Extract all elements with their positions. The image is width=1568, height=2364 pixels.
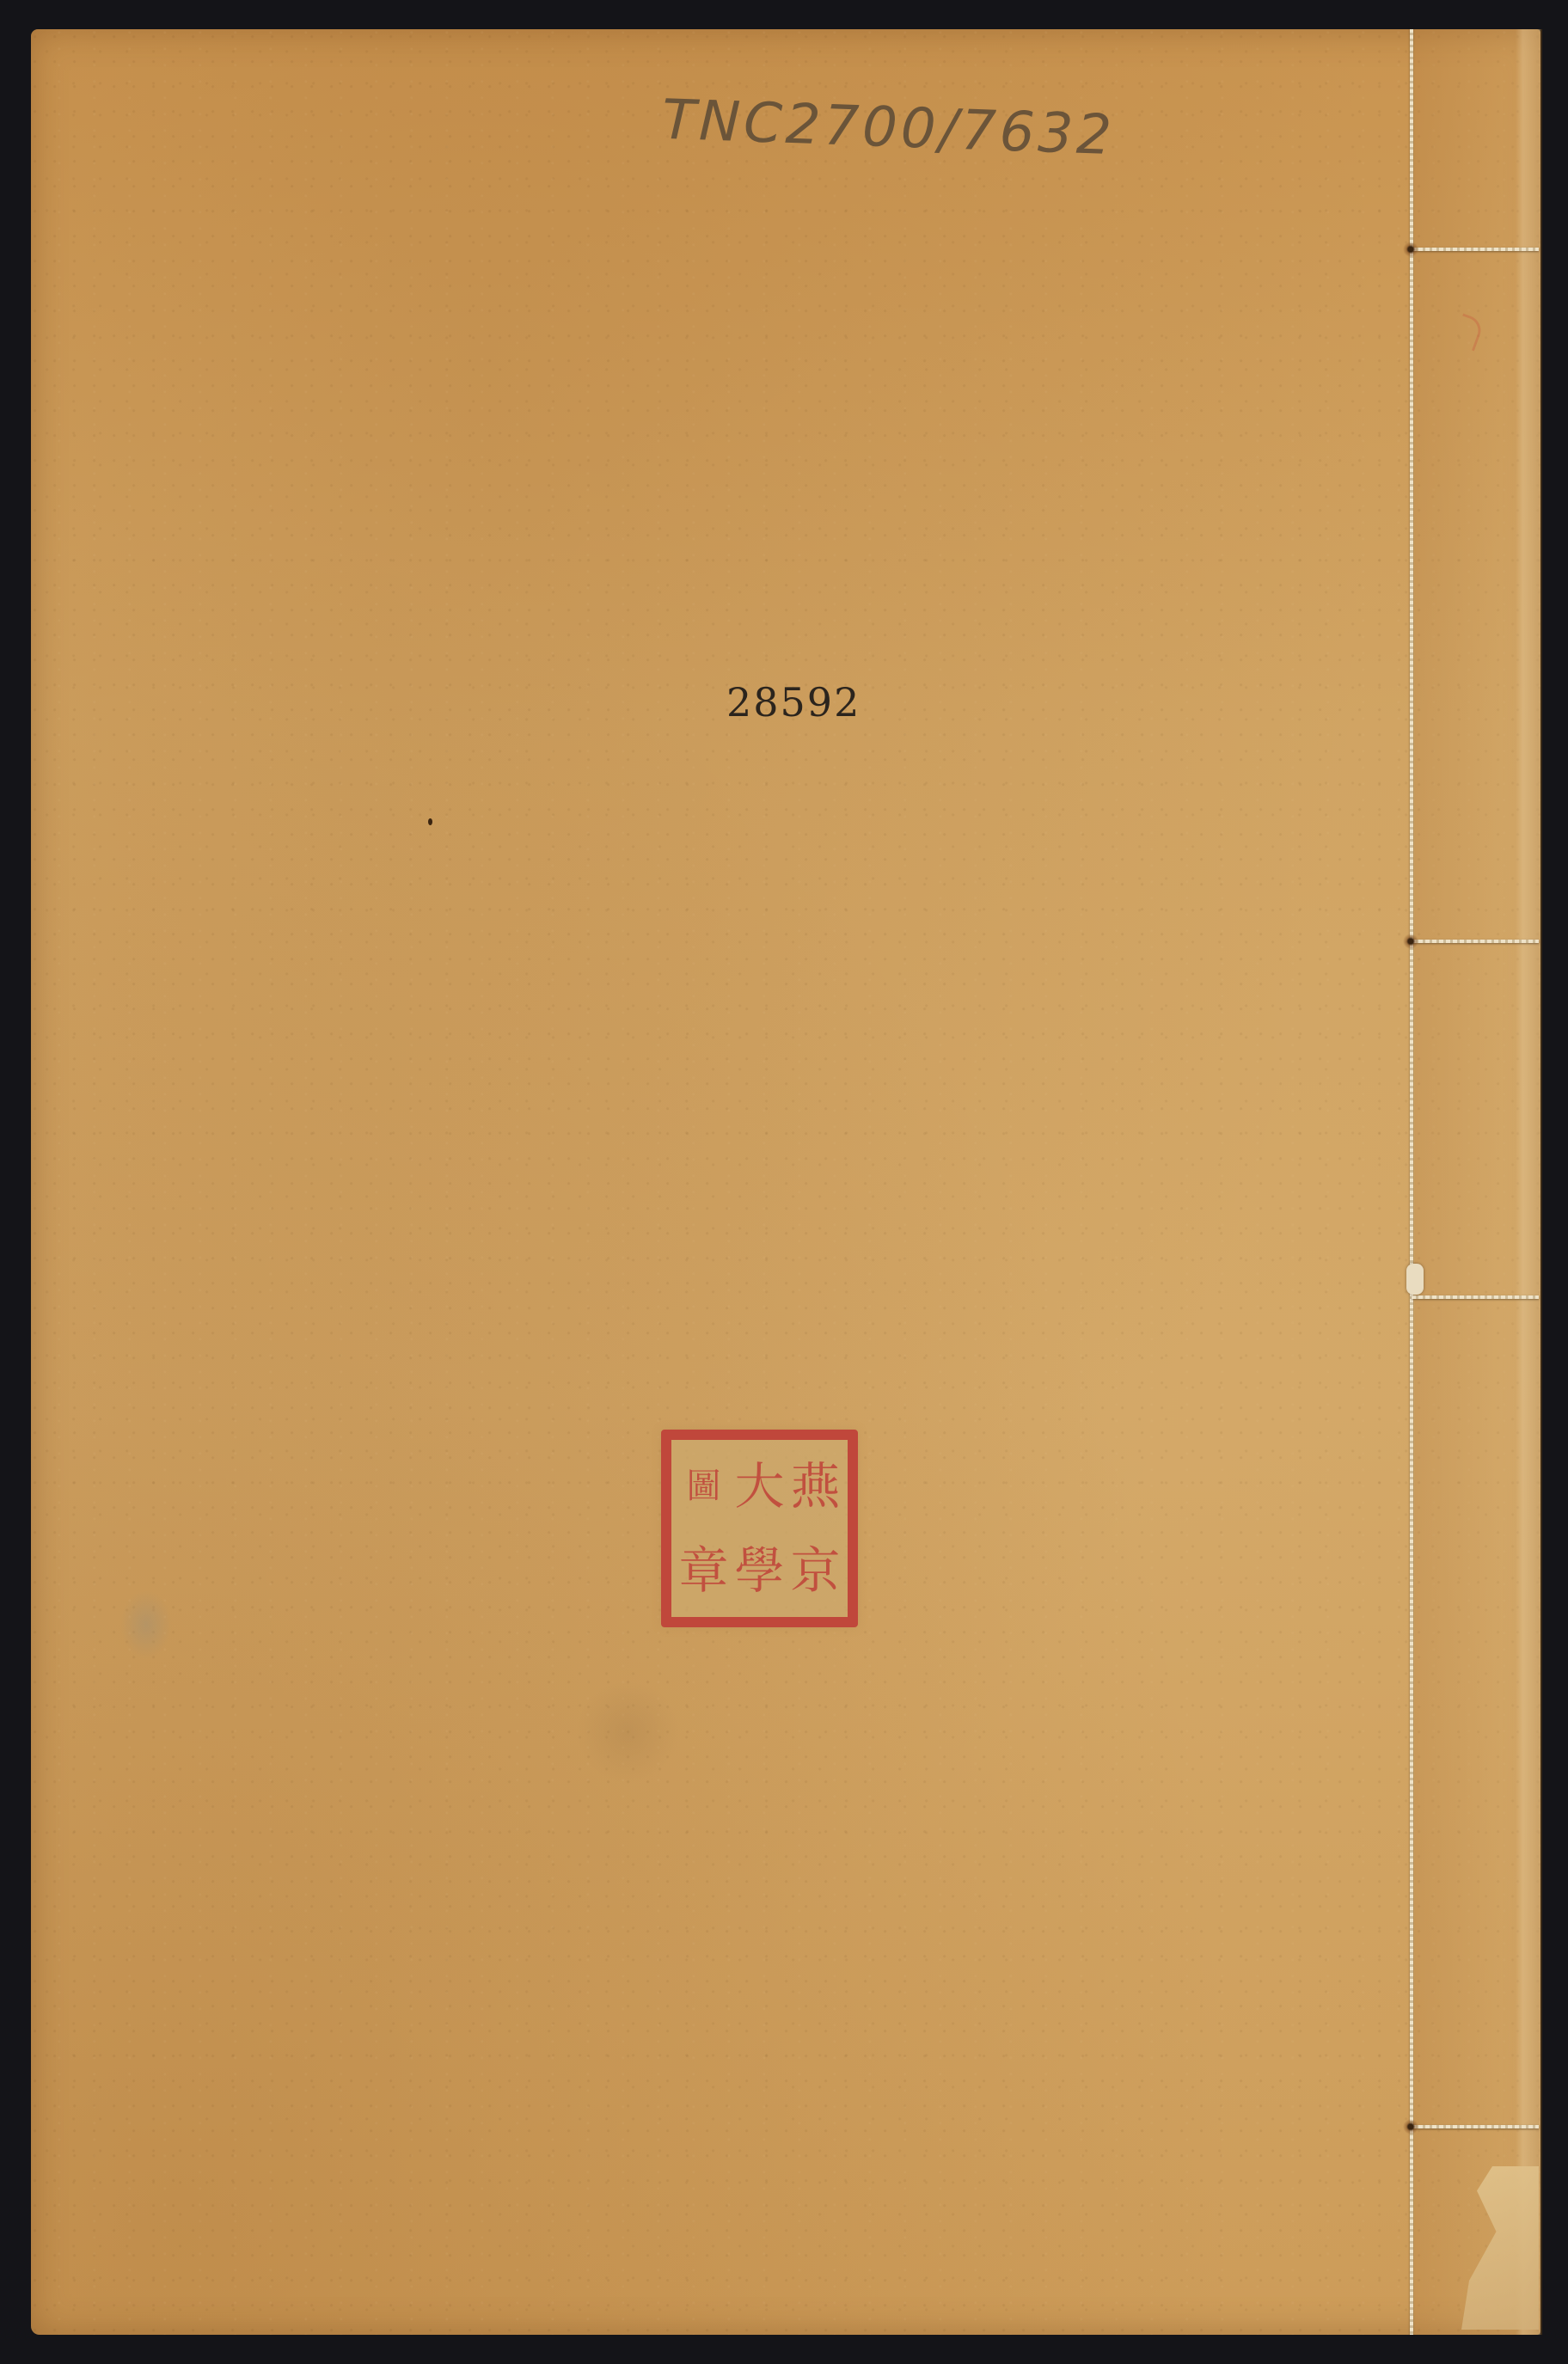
spine-margin xyxy=(1415,29,1542,2335)
stitch-hole xyxy=(1403,2119,1418,2134)
seal-char: 燕 xyxy=(788,1445,842,1528)
seal-char: 章 xyxy=(677,1529,731,1612)
binding-thread xyxy=(1410,29,1413,2335)
binding-stitch xyxy=(1412,2125,1539,2128)
book-page xyxy=(31,29,1540,2335)
binding-stitch xyxy=(1412,1295,1539,1299)
seal-char: 京 xyxy=(788,1529,842,1612)
thread-knot xyxy=(1406,1264,1424,1295)
seal-char-top: 圖 xyxy=(687,1469,721,1504)
binding-stitch xyxy=(1412,248,1539,251)
accession-number: 28592 xyxy=(726,679,861,726)
binding-stitch xyxy=(1412,940,1539,943)
seal-char: 大 xyxy=(732,1445,787,1528)
seal-char: 學 xyxy=(732,1529,787,1612)
library-seal: 燕 京 大 學 圖 章 xyxy=(661,1430,858,1627)
stitch-hole xyxy=(1403,934,1418,949)
seal-char: 圖 xyxy=(677,1445,731,1528)
paper-speck xyxy=(428,818,432,825)
stitch-hole xyxy=(1403,242,1418,257)
